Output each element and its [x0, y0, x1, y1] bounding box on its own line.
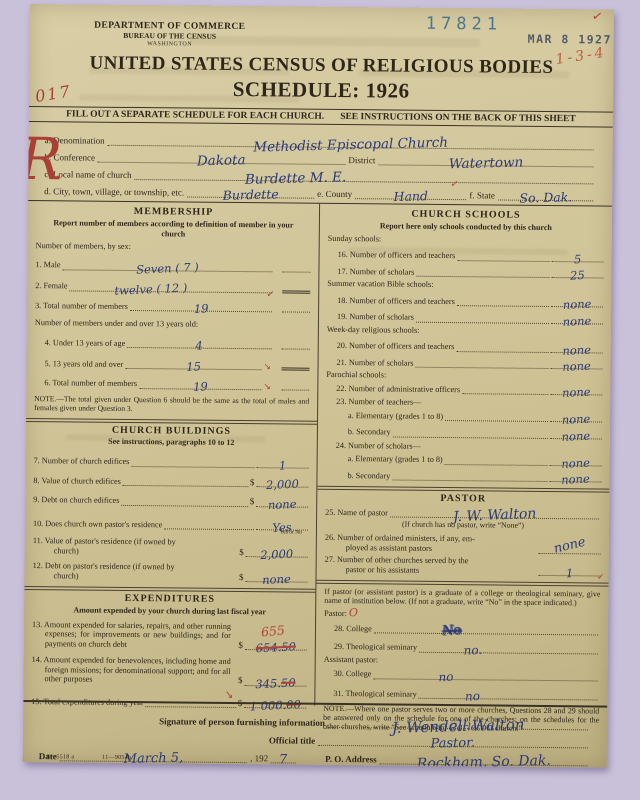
- q13-blank: 654.50: [245, 641, 307, 651]
- q23b-blank: none: [550, 430, 602, 439]
- section-divider: [316, 580, 608, 587]
- question-18: 18. Number of officers and teachersnone: [327, 295, 603, 307]
- census-form-page: DEPARTMENT OF COMMERCE BUREAU OF THE CEN…: [23, 4, 614, 768]
- q9-value: none: [256, 498, 308, 510]
- q16-blank: 5: [552, 253, 604, 262]
- question-3-total-members: 3. Total number of members 19: [35, 301, 310, 313]
- q2-blank: twelve ( 12 )✓: [70, 282, 273, 293]
- q21-label: 21. Number of scholars: [337, 357, 414, 367]
- year-blank: 7: [271, 752, 296, 763]
- q19-blank: none: [551, 315, 603, 324]
- q23a-dots: [445, 412, 548, 422]
- q6-label: 6. Total number of members: [44, 378, 137, 388]
- conference-blank: Dakota: [98, 152, 345, 165]
- district-blank: Watertown: [378, 154, 593, 167]
- section-divider: [24, 586, 315, 593]
- q23a-blank: none: [550, 413, 602, 422]
- po-address-value: Rockham, So. Dak.: [380, 755, 588, 768]
- q11-answer: $2,000: [239, 548, 308, 558]
- q22-value: none: [550, 386, 602, 398]
- q11-label-line1: 11. Value of pastor's residence (if owne…: [33, 536, 176, 546]
- q1-tally-blank: [282, 263, 310, 272]
- q27-answer: 1✓: [539, 567, 601, 577]
- question-14-benevolences: 14. Amount expended for benevolences, in…: [31, 655, 306, 686]
- q12-label-line2: church): [45, 571, 78, 580]
- serial-number-stamp: 17821: [426, 14, 502, 35]
- q11-label-line2: church): [46, 546, 79, 555]
- q7-value: 1: [256, 459, 308, 471]
- q30-blank: no: [373, 670, 597, 681]
- q5-label: 5. 13 years old and over: [45, 359, 124, 369]
- question-1-male: 1. Male Seven ( 7 ): [35, 260, 310, 272]
- q14-dollar-sign: $: [238, 676, 243, 686]
- q18-value: none: [551, 298, 603, 310]
- q5-blank: 15: [125, 360, 261, 370]
- instruction-banner: FILL OUT A SEPARATE SCHEDULE FOR EACH CH…: [29, 106, 613, 128]
- q4-blank: 4: [127, 339, 272, 349]
- po-address-label: P. O. Address: [325, 754, 377, 764]
- q19-label: 19. Number of scholars: [337, 312, 414, 322]
- q17-blank: 25: [551, 269, 603, 278]
- banner-right-text: SEE INSTRUCTIONS ON THE BACK OF THIS SHE…: [340, 112, 576, 124]
- pastor-subheader: Pastor: O: [324, 608, 600, 621]
- q13-dollar-sign: $: [238, 641, 243, 651]
- q12-answer: $none: [239, 573, 308, 583]
- q8-blank: 2,000: [256, 478, 308, 487]
- q14-value-main: 345.: [255, 676, 281, 691]
- q25-blank: J. W. Walton: [390, 508, 599, 519]
- age-header: Number of members under and over 13 year…: [35, 318, 310, 330]
- graduate-note: If pastor (or assistant pastor) is a gra…: [324, 587, 600, 608]
- q8-value: 2,000: [256, 478, 308, 490]
- q29-blank: no.: [419, 643, 598, 654]
- q3-value: 19: [130, 301, 273, 317]
- district-label: District: [348, 155, 375, 165]
- q1-value: Seven ( 7 ): [62, 258, 272, 277]
- q24b-value: none: [549, 473, 601, 485]
- q11-blank: 2,000: [246, 548, 308, 558]
- q17-label: 17. Number of scholars: [337, 266, 414, 276]
- question-11-residence-value: 11. Value of pastor's residence (if owne…: [33, 536, 308, 558]
- q12-blank: none: [245, 573, 307, 583]
- q9-label: 9. Debt on church edifices: [33, 495, 119, 505]
- question-8-value-edifices: 8. Value of church edifices $ 2,000: [33, 476, 308, 488]
- expenditures-subtitle: Amount expended by your church during la…: [32, 605, 307, 618]
- year-printed: , 192: [250, 753, 268, 763]
- q26-label-line2: ployed as assistant pastors: [338, 542, 432, 552]
- q5-tally-blank: [281, 359, 309, 370]
- q23b-dots: [393, 428, 548, 438]
- q19-value: none: [551, 315, 603, 327]
- question-19: 19. Number of scholarsnone: [327, 312, 603, 324]
- q13-value: 654.50: [245, 641, 307, 654]
- buildings-subtitle: See instructions, paragraphs 10 to 12: [34, 436, 309, 449]
- q20-value: none: [551, 344, 603, 356]
- red-checkmark-q27: ✓: [597, 572, 605, 582]
- q6-value: 19: [139, 379, 262, 394]
- buildings-title: CHURCH BUILDINGS: [34, 425, 309, 437]
- pastor-line-label: Pastor:: [324, 609, 347, 618]
- city-blank: Burdette: [187, 187, 314, 199]
- county-value: Hand: [355, 190, 466, 203]
- q9-dollar-sign: $: [250, 497, 255, 507]
- q4-tally-blank: [282, 340, 310, 349]
- left-column: MEMBERSHIP Report number of members acco…: [23, 201, 320, 706]
- q17-value: 25: [551, 269, 603, 281]
- q24b-blank: none: [549, 473, 601, 482]
- q20-label: 20. Number of officers and teachers: [337, 341, 455, 352]
- q26-answer: none: [539, 545, 601, 555]
- question-29-seminary: 29. Theological seminaryno.: [324, 642, 600, 654]
- q4-label: 4. Under 13 years of age: [45, 338, 126, 348]
- q16-dots: [457, 252, 549, 262]
- red-arrow-q5: ↘: [263, 362, 273, 370]
- q24a-dots: [445, 456, 548, 466]
- q26-blank: none: [539, 545, 601, 555]
- form-schedule-title: SCHEDULE: 1926: [45, 75, 597, 105]
- q18-blank: none: [551, 298, 603, 307]
- q26-label-line1: 26. Number of ordained ministers, if any…: [325, 533, 475, 543]
- q18-dots: [457, 297, 549, 307]
- q12-dollar-sign: $: [239, 573, 244, 583]
- right-column: CHURCH SCHOOLS Report here only schools …: [315, 204, 612, 709]
- sunday-schools-header: Sunday schools:: [328, 233, 604, 245]
- question-5-over-13: 5. 13 years old and over 15 ↘: [35, 357, 310, 371]
- q24b-label: b. Secondary: [347, 471, 390, 481]
- po-address-blank: Rockham, So. Dak.: [380, 753, 588, 766]
- form-number-b: 11—9054b: [102, 755, 131, 761]
- q13-red-correction: 655: [261, 625, 286, 637]
- q10-label: 10. Does church own pastor's residence: [33, 519, 162, 530]
- question-7-edifices: 7. Number of church edifices 1: [34, 456, 309, 468]
- section-divider: [26, 417, 317, 424]
- question-4-under-13: 4. Under 13 years of age 4: [35, 338, 310, 350]
- q23b-label: b. Secondary: [348, 427, 391, 437]
- q18-label: 18. Number of officers and teachers: [337, 295, 455, 306]
- red-arrow-q6: ↘: [263, 382, 273, 390]
- q17-dots: [416, 268, 549, 278]
- q28-blank: No: [374, 624, 598, 635]
- q27-blank: 1✓: [539, 567, 601, 577]
- banner-left-text: FILL OUT A SEPARATE SCHEDULE FOR EACH CH…: [66, 109, 324, 121]
- denomination-blank: Methodist Episcopal Church: [108, 135, 594, 151]
- q6-tally-blank: [281, 381, 309, 390]
- official-title-label: Official title: [269, 735, 315, 745]
- signature-block: Signature of person furnishing informati…: [23, 700, 608, 768]
- q1-label: 1. Male: [35, 260, 60, 270]
- question-28-college: 28. CollegeNo: [324, 623, 600, 635]
- form-columns: MEMBERSHIP Report number of members acco…: [23, 200, 612, 709]
- red-checkmark-county: ✓: [450, 179, 459, 191]
- signature-blank: J. Wendell Walton: [328, 717, 588, 730]
- question-24b: b. Secondarynone: [325, 470, 601, 482]
- red-arrow-q15: ↘: [224, 691, 234, 701]
- q23a-value: none: [550, 413, 602, 425]
- question-25-pastor-name: 25. Name of pastor J. W. Walton: [325, 507, 601, 519]
- red-checkmark-top: ✓: [591, 8, 605, 26]
- q12-value: none: [245, 573, 307, 586]
- question-22: 22. Number of administrative officersnon…: [326, 383, 602, 395]
- year-value: 7: [271, 755, 296, 766]
- q1-blank: Seven ( 7 ): [62, 261, 272, 272]
- q24a-blank: none: [550, 457, 602, 466]
- agency-block: DEPARTMENT OF COMMERCE BUREAU OF THE CEN…: [70, 20, 270, 48]
- q8-dollar-sign: $: [250, 478, 255, 488]
- question-13-running-expenses: 13. Amount expended for salaries, repair…: [32, 620, 307, 651]
- q10-dots: [164, 520, 254, 530]
- form-number-a: 8—5518 a: [47, 754, 75, 760]
- q11-value: 2,000: [246, 548, 308, 561]
- field-denomination: a. Denomination Methodist Episcopal Chur…: [45, 128, 597, 150]
- question-9-debt-edifices: 9. Debt on church edifices $ none: [33, 495, 308, 507]
- red-checkmark-q2: ✓: [265, 289, 274, 299]
- question-27-other-churches: 27. Number of other churches served by t…: [325, 555, 601, 577]
- question-20: 20. Number of officers and teachersnone: [327, 341, 603, 353]
- q25-label: 25. Name of pastor: [325, 507, 388, 517]
- q21-dots: [415, 359, 548, 369]
- q11-dollar-sign: $: [239, 548, 244, 558]
- q16-label: 16. Number of officers and teachers: [338, 250, 456, 261]
- membership-note: NOTE.—The total given under Question 6 s…: [34, 394, 309, 415]
- q4-value: 4: [127, 338, 272, 354]
- q27-label-line1: 27. Number of other churches served by t…: [325, 555, 469, 565]
- q16-value: 5: [551, 253, 603, 265]
- q19-dots: [416, 313, 549, 323]
- pastor-title: PASTOR: [325, 493, 601, 505]
- q7-blank: 1: [257, 459, 309, 468]
- q24b-dots: [392, 471, 547, 481]
- q10-blank: YesYes or No: [256, 521, 308, 530]
- question-2-female: 2. Female twelve ( 12 )✓: [35, 280, 310, 294]
- q27-value: 1: [538, 567, 600, 580]
- q31-blank: no: [419, 690, 598, 701]
- q14-value-struck: 50: [281, 675, 296, 690]
- q22-label: 22. Number of administrative officers: [336, 383, 460, 394]
- question-24a: a. Elementary (grades 1 to 8)none: [326, 454, 602, 466]
- q9-dots: [121, 496, 247, 506]
- q27-label-line2: pastor or his assistants: [338, 564, 420, 574]
- question-21: 21. Number of scholarsnone: [327, 357, 603, 369]
- county-blank: Hand✓: [355, 188, 466, 200]
- q21-value: none: [550, 360, 602, 372]
- membership-subtitle: Report number of members according to de…: [36, 218, 311, 241]
- question-12-residence-debt: 12. Debt on pastor's residence (if owned…: [32, 561, 307, 583]
- q2-tally-blank: [282, 282, 310, 293]
- red-tally-annotation: 017: [34, 81, 73, 106]
- q3-label: 3. Total number of members: [35, 301, 128, 311]
- form-numbers: 8—5518 a 11—9054b: [47, 754, 158, 761]
- q20-blank: none: [551, 344, 603, 353]
- q22-blank: none: [550, 386, 602, 395]
- question-6-total-members: 6. Total number of members 19 ↘: [34, 378, 309, 390]
- question-31-seminary: 31. Theological seminaryno: [323, 688, 599, 700]
- identification-fields: a. Denomination Methodist Episcopal Chur…: [44, 128, 597, 201]
- question-26-assistant-ministers: 26. Number of ordained ministers, if any…: [325, 533, 601, 555]
- question-30-college: 30. Collegeno: [324, 669, 600, 681]
- by-sex-header: Number of members, by sex:: [36, 241, 311, 253]
- section-divider: [317, 486, 609, 493]
- q9-blank: none: [256, 498, 308, 507]
- q24a-label: a. Elementary (grades 1 to 8): [348, 454, 443, 464]
- expenditures-title: EXPENDITURES: [32, 593, 307, 605]
- q13-answer: 655 $ 654.50: [238, 641, 307, 651]
- local-name-blank: Burdette M. E.: [135, 169, 594, 184]
- q22-dots: [462, 385, 548, 395]
- state-value: So. Dak.: [498, 192, 594, 204]
- state-label: f. State: [469, 190, 495, 200]
- question-17: 17. Number of scholars25: [327, 266, 603, 278]
- q23a-label: a. Elementary (grades 1 to 8): [348, 411, 443, 421]
- schools-subtitle: Report here only schools conducted by th…: [328, 220, 604, 233]
- q21-blank: none: [551, 360, 603, 369]
- q7-dots: [131, 457, 254, 467]
- q23b-value: none: [550, 430, 602, 442]
- official-title-blank: Pastor.: [318, 735, 588, 749]
- q7-label: 7. Number of church edifices: [34, 456, 130, 466]
- q8-dots: [123, 477, 248, 487]
- schools-title: CHURCH SCHOOLS: [328, 209, 604, 221]
- question-23a: a. Elementary (grades 1 to 8)none: [326, 410, 602, 422]
- q3-tally-blank: [282, 303, 310, 312]
- signature-label: Signature of person furnishing informati…: [159, 716, 325, 728]
- red-o-mark: O: [349, 606, 358, 619]
- question-16: 16. Number of officers and teachers5: [328, 250, 604, 262]
- city-value: Burdette: [187, 189, 314, 202]
- q3-blank: 19: [130, 302, 272, 312]
- q12-label-line1: 12. Debt on pastor's residence (if owned…: [33, 561, 175, 571]
- q6-blank: 19: [139, 380, 261, 390]
- q10-hint: Yes or No: [280, 528, 302, 538]
- state-blank: So. Dak.: [498, 190, 593, 202]
- county-label: e. County: [317, 189, 352, 199]
- question-10-own-residence: 10. Does church own pastor's residence Y…: [33, 519, 308, 531]
- q20-dots: [456, 343, 548, 353]
- question-23b: b. Secondarynone: [326, 427, 602, 439]
- q8-label: 8. Value of church edifices: [33, 476, 120, 486]
- membership-title: MEMBERSHIP: [36, 206, 311, 218]
- q5-value: 15: [125, 359, 262, 375]
- q24a-value: none: [549, 457, 601, 469]
